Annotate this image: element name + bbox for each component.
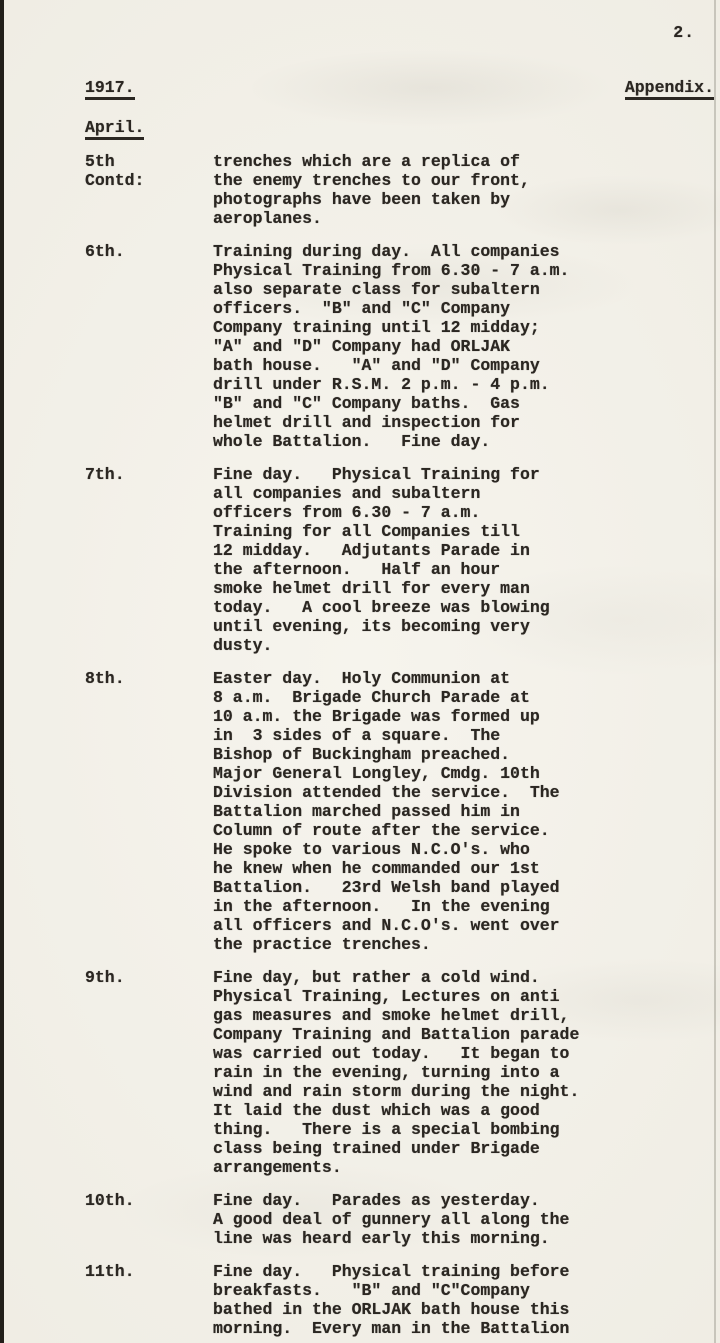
- diary-entry: 10th. Fine day. Parades as yesterday. A …: [85, 1191, 714, 1248]
- entry-text: Fine day. Parades as yesterday. A good d…: [213, 1191, 714, 1248]
- entries-list: 5th Contd: trenches which are a replica …: [85, 152, 714, 1338]
- month-heading-wrap: April.: [85, 118, 714, 140]
- entry-text: Fine day. Physical training before break…: [213, 1262, 714, 1338]
- header-row: 1917. Appendix.: [85, 78, 714, 100]
- page-number: 2.: [673, 23, 695, 42]
- scan-right-line: [714, 0, 716, 1343]
- diary-entry: 6th. Training during day. All companies …: [85, 242, 714, 451]
- scan-edge-shadow: [0, 0, 4, 1343]
- entry-date-label: 8th.: [85, 669, 213, 688]
- entry-text: Fine day, but rather a cold wind. Physic…: [213, 968, 714, 1177]
- year-heading: 1917.: [85, 78, 135, 100]
- diary-entry: 9th. Fine day, but rather a cold wind. P…: [85, 968, 714, 1177]
- appendix-heading: Appendix.: [625, 78, 714, 100]
- entry-text: Training during day. All companies Physi…: [213, 242, 714, 451]
- entry-date-label: 10th.: [85, 1191, 213, 1210]
- entry-date-label: 11th.: [85, 1262, 213, 1281]
- entry-text: Easter day. Holy Communion at 8 a.m. Bri…: [213, 669, 714, 954]
- diary-entry: 11th. Fine day. Physical training before…: [85, 1262, 714, 1338]
- diary-entry: 7th. Fine day. Physical Training for all…: [85, 465, 714, 655]
- diary-entry: 5th Contd: trenches which are a replica …: [85, 152, 714, 228]
- entry-date-label: 6th.: [85, 242, 213, 261]
- entry-date-label: 7th.: [85, 465, 213, 484]
- entry-date-label: 9th.: [85, 968, 213, 987]
- month-heading: April.: [85, 118, 144, 140]
- page-content: 1917. Appendix. April. 5th Contd: trench…: [85, 78, 714, 1338]
- entry-date-label: 5th Contd:: [85, 152, 213, 190]
- entry-text: trenches which are a replica of the enem…: [213, 152, 714, 228]
- entry-text: Fine day. Physical Training for all comp…: [213, 465, 714, 655]
- diary-entry: 8th. Easter day. Holy Communion at 8 a.m…: [85, 669, 714, 954]
- diary-page: 2. 1917. Appendix. April. 5th Contd: tre…: [0, 0, 720, 1343]
